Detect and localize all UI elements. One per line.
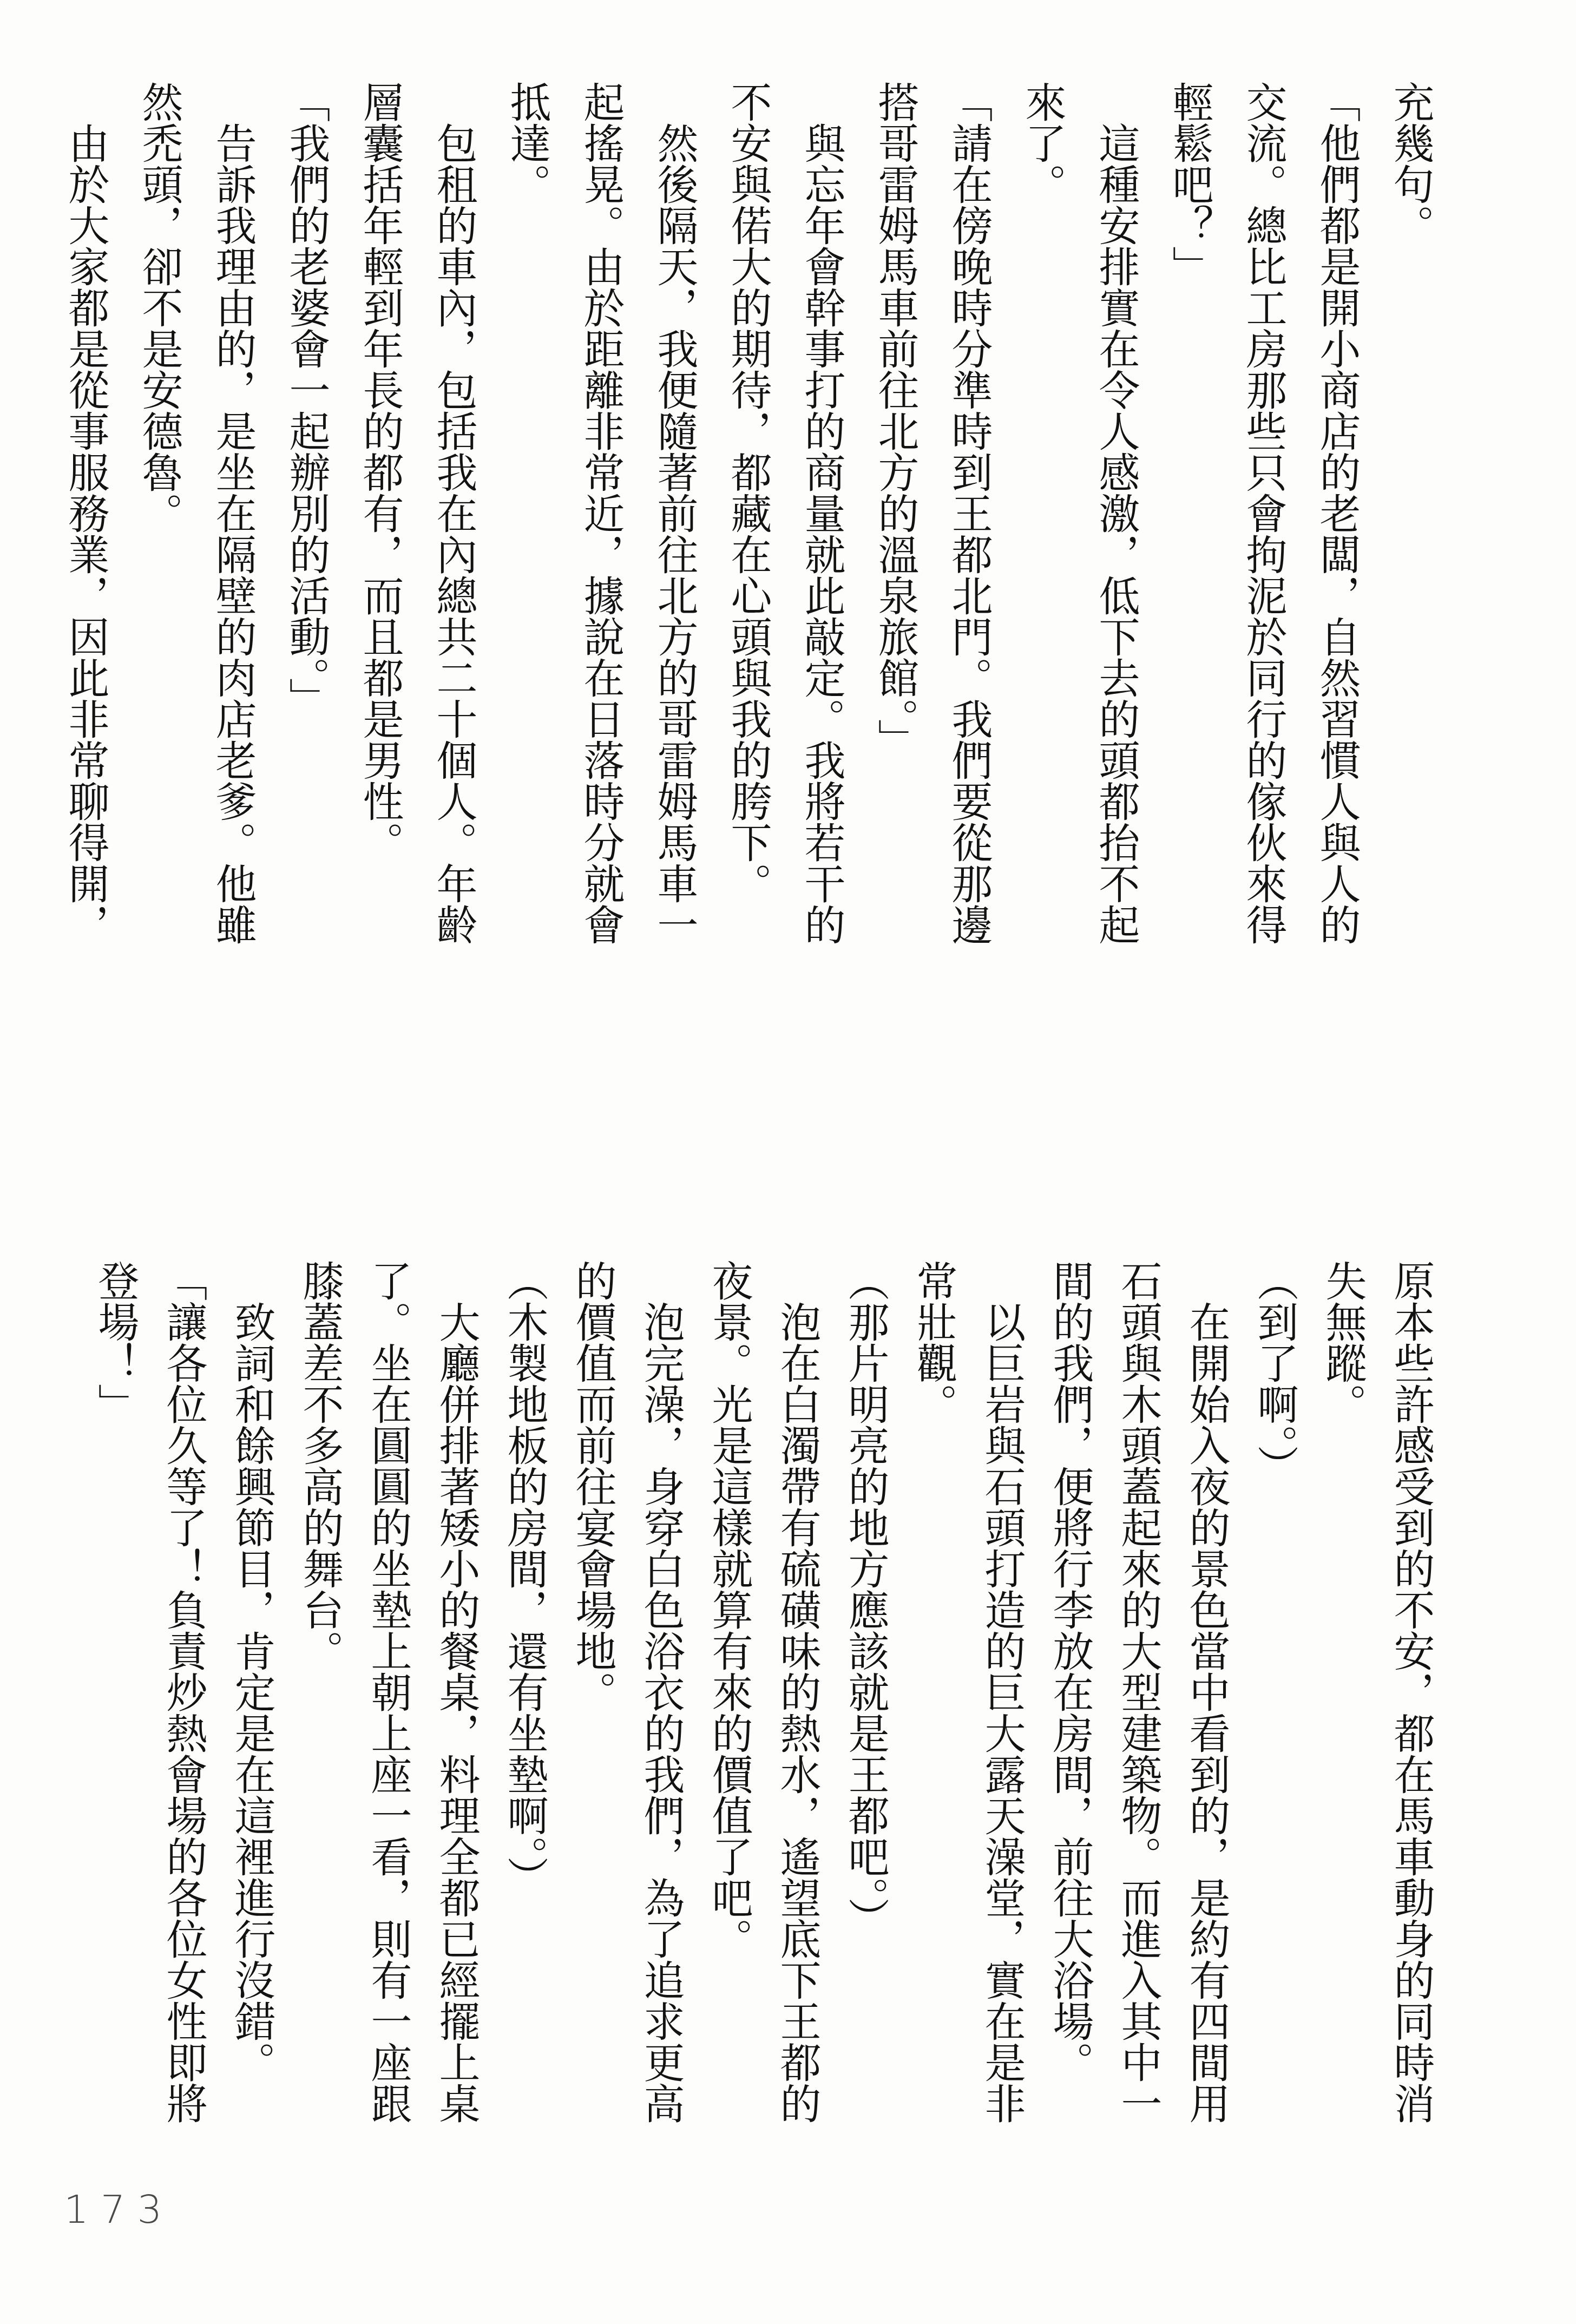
text-line: 原本些許感受到的不安，都在馬車動身的同時消 bbox=[1376, 1260, 1444, 2134]
text-line: 由於大家都是從事服務業，因此非常聊得開， bbox=[48, 81, 122, 955]
text-line: 在開始入夜的景色當中看到的，是約有四間用 bbox=[1172, 1260, 1240, 2134]
text-line: 登場！」 bbox=[81, 1260, 149, 2134]
text-line: 以巨岩與石頭打造的巨大露天澡堂，實在是非 bbox=[967, 1260, 1035, 2134]
text-line: 搭哥雷姆馬車前往北方的溫泉旅館。」 bbox=[858, 81, 931, 955]
page-number: 173 bbox=[64, 2187, 174, 2232]
book-page: 充幾句。「他們都是開小商店的老闆，自然習慣人與人的交流。總比工房那些只會拘泥於同… bbox=[0, 0, 1576, 2324]
text-line: 大廳併排著矮小的餐桌，料理全都已經擺上桌 bbox=[422, 1260, 490, 2134]
text-line: 抵達。 bbox=[490, 81, 563, 955]
text-line: 起搖晃。由於距離非常近，據說在日落時分就會 bbox=[563, 81, 637, 955]
text-line: 失無蹤。 bbox=[1308, 1260, 1376, 2134]
text-line: 的價值而前往宴會場地。 bbox=[558, 1260, 626, 2134]
top-text-block: 充幾句。「他們都是開小商店的老闆，自然習慣人與人的交流。總比工房那些只會拘泥於同… bbox=[48, 81, 1447, 955]
bottom-text-block: 原本些許感受到的不安，都在馬車動身的同時消失無蹤。（到了啊。） 在開始入夜的景色… bbox=[81, 1260, 1444, 2134]
text-line: 然禿頭，卻不是安德魯。 bbox=[122, 81, 195, 955]
text-line: 致詞和餘興節目，肯定是在這裡進行沒錯。 bbox=[217, 1260, 285, 2134]
text-line: 與忘年會幹事打的商量就此敲定。我將若干的 bbox=[784, 81, 858, 955]
text-line: 輕鬆吧？」 bbox=[1152, 81, 1226, 955]
text-line: 包租的車內，包括我在內總共二十個人。年齡 bbox=[416, 81, 490, 955]
text-line: 充幾句。 bbox=[1373, 81, 1447, 955]
text-line: 常壯觀。 bbox=[899, 1260, 967, 2134]
text-line: （木製地板的房間，還有坐墊啊。） bbox=[490, 1260, 558, 2134]
text-line: 夜景。光是這樣就算有來的價值了吧。 bbox=[694, 1260, 763, 2134]
text-line: 不安與偌大的期待，都藏在心頭與我的胯下。 bbox=[711, 81, 784, 955]
text-line: 「我們的老婆會一起辦別的活動。」 bbox=[269, 81, 343, 955]
text-line: 「讓各位久等了！負責炒熱會場的各位女性即將 bbox=[149, 1260, 217, 2134]
text-line: 泡在白濁帶有硫磺味的熱水，遙望底下王都的 bbox=[763, 1260, 831, 2134]
text-line: 這種安排實在令人感激，低下去的頭都抬不起 bbox=[1079, 81, 1152, 955]
text-line: （那片明亮的地方應該就是王都吧。） bbox=[831, 1260, 899, 2134]
text-line: 「他們都是開小商店的老闆，自然習慣人與人的 bbox=[1299, 81, 1373, 955]
text-line: （到了啊。） bbox=[1240, 1260, 1308, 2134]
text-line: 交流。總比工房那些只會拘泥於同行的傢伙來得 bbox=[1226, 81, 1299, 955]
text-line: 層囊括年輕到年長的都有，而且都是男性。 bbox=[343, 81, 416, 955]
text-line: 了。坐在圓圓的坐墊上朝上座一看，則有一座跟 bbox=[353, 1260, 422, 2134]
text-line: 告訴我理由的，是坐在隔壁的肉店老爹。他雖 bbox=[195, 81, 269, 955]
text-line: 石頭與木頭蓋起來的大型建築物。而進入其中一 bbox=[1104, 1260, 1172, 2134]
text-line: 泡完澡，身穿白色浴衣的我們，為了追求更高 bbox=[626, 1260, 694, 2134]
text-line: 間的我們，便將行李放在房間，前往大浴場。 bbox=[1035, 1260, 1104, 2134]
text-line: 然後隔天，我便隨著前往北方的哥雷姆馬車一 bbox=[637, 81, 711, 955]
text-line: 「請在傍晚時分準時到王都北門。我們要從那邊 bbox=[931, 81, 1005, 955]
text-line: 膝蓋差不多高的舞台。 bbox=[285, 1260, 353, 2134]
text-line: 來了。 bbox=[1005, 81, 1079, 955]
